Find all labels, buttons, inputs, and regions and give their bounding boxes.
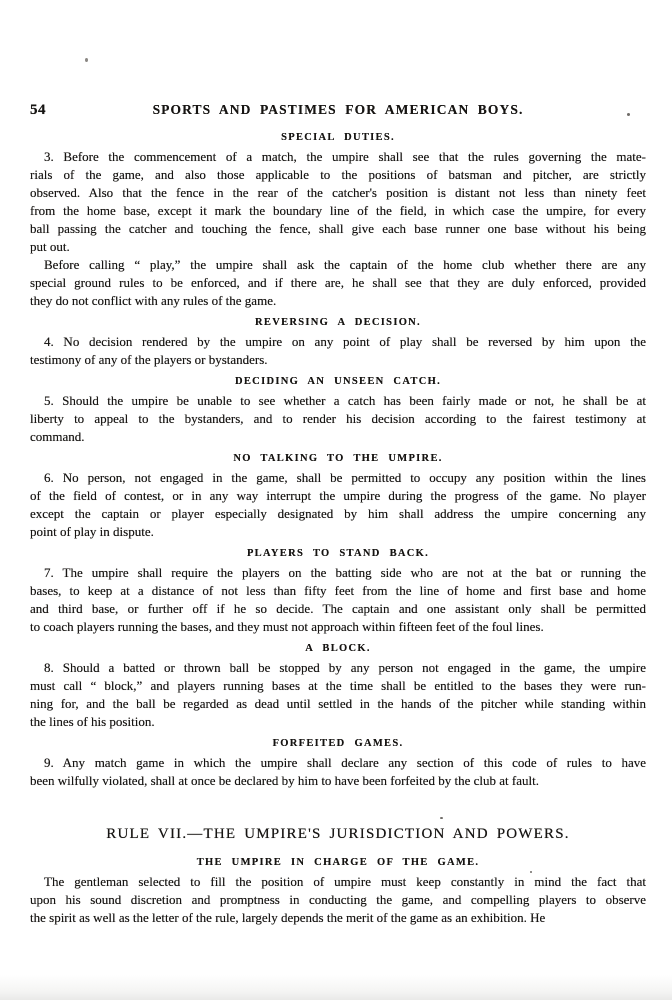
text-line: except the captain or player especially … (30, 505, 646, 523)
page-number: 54 (30, 102, 46, 119)
text-line: from the home base, except it mark the b… (30, 202, 646, 220)
text-line: 3. Before the commencement of a match, t… (30, 148, 646, 166)
text-line: command. (30, 428, 646, 446)
section-heading: PLAYERS TO STAND BACK. (30, 547, 646, 560)
scan-speck (85, 58, 88, 62)
page-header: 54 SPORTS AND PASTIMES FOR AMERICAN BOYS… (30, 102, 646, 120)
text-line: special ground rules to be enforced, and… (30, 274, 646, 292)
text-line: 4. No decision rendered by the umpire on… (30, 333, 646, 351)
paragraph: 5. Should the umpire be unable to see wh… (30, 392, 646, 446)
text-line: point of play in dispute. (30, 523, 646, 541)
text-column: 54 SPORTS AND PASTIMES FOR AMERICAN BOYS… (30, 102, 646, 927)
text-line: been wilfully violated, shall at once be… (30, 772, 646, 790)
text-line: they do not conflict with any rules of t… (30, 292, 646, 310)
text-line: 9. Any match game in which the umpire sh… (30, 754, 646, 772)
text-line: observed. Also that the fence in the rea… (30, 184, 646, 202)
text-line: Before calling “ play,” the umpire shall… (30, 256, 646, 274)
paragraph: 9. Any match game in which the umpire sh… (30, 754, 646, 790)
text-line: liberty to appeal to the bystanders, and… (30, 410, 646, 428)
text-line: bases, to keep at a distance of not less… (30, 582, 646, 600)
text-line: to coach players running the bases, and … (30, 618, 646, 636)
section-heading: FORFEITED GAMES. (30, 737, 646, 750)
text-line: rials of the game, and also those applic… (30, 166, 646, 184)
text-line: 5. Should the umpire be unable to see wh… (30, 392, 646, 410)
scanned-book-page: 54 SPORTS AND PASTIMES FOR AMERICAN BOYS… (0, 0, 672, 1000)
text-line: the spirit as well as the letter of the … (30, 909, 646, 927)
section-heading: SPECIAL DUTIES. (30, 131, 646, 144)
text-line: The gentleman selected to fill the posit… (30, 873, 646, 891)
text-line: put out. (30, 238, 646, 256)
text-line: of the field of contest, or in any way i… (30, 487, 646, 505)
text-line: must call “ block,” and players running … (30, 677, 646, 695)
running-title: SPORTS AND PASTIMES FOR AMERICAN BOYS. (30, 102, 646, 118)
text-line: upon his sound discretion and promptness… (30, 891, 646, 909)
text-line: ning for, and the ball be regarded as de… (30, 695, 646, 713)
paragraph: 4. No decision rendered by the umpire on… (30, 333, 646, 369)
paragraph: 3. Before the commencement of a match, t… (30, 148, 646, 256)
text-line: 6. No person, not engaged in the game, s… (30, 469, 646, 487)
rule-heading: RULE VII.—THE UMPIRE'S JURISDICTION AND … (30, 824, 646, 844)
section-heading: A BLOCK. (30, 642, 646, 655)
paragraph: Before calling “ play,” the umpire shall… (30, 256, 646, 310)
text-line: ball passing the catcher and touching th… (30, 220, 646, 238)
text-line: 8. Should a batted or thrown ball be sto… (30, 659, 646, 677)
text-line: testimony of any of the players or bysta… (30, 351, 646, 369)
section-heading: DECIDING AN UNSEEN CATCH. (30, 375, 646, 388)
section-heading: REVERSING A DECISION. (30, 316, 646, 329)
paragraph: 8. Should a batted or thrown ball be sto… (30, 659, 646, 731)
text-line: the lines of his position. (30, 713, 646, 731)
text-body: SPECIAL DUTIES.3. Before the commencemen… (30, 131, 646, 927)
text-line: 7. The umpire shall require the players … (30, 564, 646, 582)
text-line: and third base, or further off if he so … (30, 600, 646, 618)
paragraph: 7. The umpire shall require the players … (30, 564, 646, 636)
section-heading: THE UMPIRE IN CHARGE OF THE GAME. (30, 856, 646, 869)
paragraph: The gentleman selected to fill the posit… (30, 873, 646, 927)
paragraph: 6. No person, not engaged in the game, s… (30, 469, 646, 541)
section-heading: NO TALKING TO THE UMPIRE. (30, 452, 646, 465)
